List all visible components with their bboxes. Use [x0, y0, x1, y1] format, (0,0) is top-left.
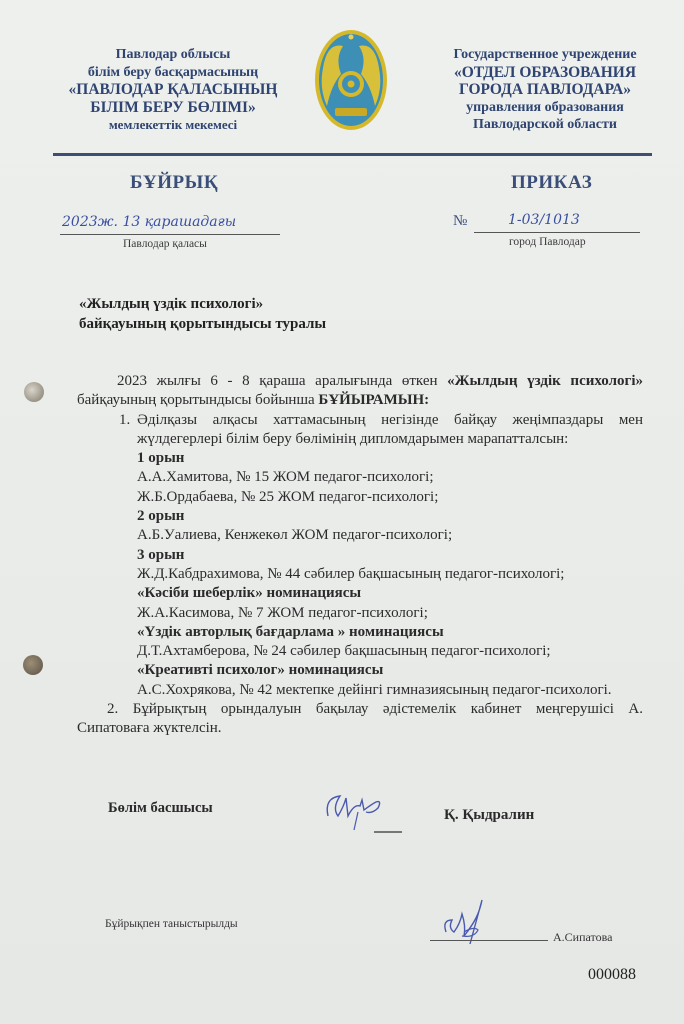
award-heading: 3 орын [137, 546, 643, 565]
winner: А.С.Хохрякова, № 42 мектепке дейінгі гим… [137, 681, 643, 700]
award-group: 2 орын А.Б.Уалиева, Кенжекөл ЖОМ педагог… [137, 507, 643, 546]
award-heading: «Креативті психолог» номинациясы [137, 661, 643, 680]
header-left-line: «ПАВЛОДАР ҚАЛАСЫНЫҢ [58, 81, 288, 99]
acknowledgement-label: Бұйрықпен таныстырылды [105, 918, 238, 930]
acknowledgement-name: А.Сипатова [553, 930, 612, 945]
order-body: 2023 жылғы 6 - 8 қараша аралығында өткен… [77, 372, 643, 739]
item-number: 1. [119, 411, 130, 430]
award-group: «Кәсіби шеберлік» номинациясы Ж.А.Касимо… [137, 584, 643, 623]
header-divider [53, 153, 652, 156]
date-underline [60, 234, 280, 235]
subject-line: «Жылдың үздік психологі» [79, 294, 326, 314]
header-left-kazakh: Павлодар облысы білім беру басқармасының… [58, 46, 288, 134]
award-group: 1 орын А.А.Хамитова, № 15 ЖОМ педагог-пс… [137, 449, 643, 507]
award-heading: «Кәсіби шеберлік» номинациясы [137, 584, 643, 603]
acknowledgement-underline [430, 940, 548, 941]
signatory-title: Бөлім басшысы [108, 800, 213, 817]
order-number-label: № [453, 213, 467, 230]
award-heading: 1 орын [137, 449, 643, 468]
contest-name: «Жылдың үздік психологі» [447, 373, 643, 389]
intro-paragraph: 2023 жылғы 6 - 8 қараша аралығында өткен… [77, 372, 643, 411]
order-item-2: 2. Бұйрықтың орындалуын бақылау әдістеме… [77, 700, 643, 739]
city-kazakh: Павлодар қаласы [123, 238, 207, 250]
award-heading: 2 орын [137, 507, 643, 526]
order-number-handwritten: 1-03/1013 [508, 212, 580, 228]
header-right-line: ГОРОДА ПАВЛОДАРА» [440, 81, 650, 99]
header-right-line: Государственное учреждение [440, 46, 650, 64]
award-heading: «Үздік авторлық бағдарлама » номинациясы [137, 623, 643, 642]
item-1-text: Әділқазы алқасы хаттамасының негізінде б… [137, 411, 643, 450]
city-russian: город Павлодар [509, 236, 586, 248]
header-left-line: білім беру басқармасының [58, 64, 288, 82]
award-group: «Креативті психолог» номинациясы А.С.Хох… [137, 661, 643, 700]
header-left-line: Павлодар облысы [58, 46, 288, 64]
order-item-1: 1. Әділқазы алқасы хаттамасының негізінд… [77, 411, 643, 700]
order-subject: «Жылдың үздік психологі» байқауының қоры… [79, 294, 326, 334]
header-right-line: Павлодарской области [440, 116, 650, 134]
header-right-russian: Государственное учреждение «ОТДЕЛ ОБРАЗО… [440, 46, 650, 134]
header-right-line: «ОТДЕЛ ОБРАЗОВАНИЯ [440, 64, 650, 82]
award-group: 3 орын Ж.Д.Кабдрахимова, № 44 сәбилер ба… [137, 546, 643, 585]
order-title-kazakh: БҰЙРЫҚ [130, 172, 218, 194]
signature-icon [320, 786, 410, 836]
header-left-line: мемлекеттік мекемесі [58, 116, 288, 134]
state-emblem-icon [313, 28, 389, 132]
intro-text: 2023 жылғы 6 - 8 қараша аралығында өткен [117, 373, 447, 389]
winner: Ж.Б.Ордабаева, № 25 ЖОМ педагог-психолог… [137, 488, 643, 507]
order-title-russian: ПРИКАЗ [511, 172, 592, 194]
header-right-line: управления образования [440, 99, 650, 117]
document-page: Павлодар облысы білім беру басқармасының… [0, 0, 684, 1024]
winner: А.А.Хамитова, № 15 ЖОМ педагог-психологі… [137, 468, 643, 487]
order-date-handwritten: 2023ж. 13 қарашадағы [62, 214, 236, 230]
punch-hole [24, 382, 44, 402]
winner: А.Б.Уалиева, Кенжекөл ЖОМ педагог-психол… [137, 526, 643, 545]
number-underline [474, 232, 640, 233]
order-verb: БҰЙЫРАМЫН: [318, 392, 429, 408]
punch-hole [23, 655, 43, 675]
award-group: «Үздік авторлық бағдарлама » номинациясы… [137, 623, 643, 662]
signatory-name: Қ. Қыдралин [444, 807, 534, 824]
intro-text: байқауының қорытындысы бойынша [77, 392, 318, 408]
document-number: 000088 [588, 966, 636, 984]
winner: Ж.А.Касимова, № 7 ЖОМ педагог-психологі; [137, 604, 643, 623]
winner: Ж.Д.Кабдрахимова, № 44 сәбилер бақшасыны… [137, 565, 643, 584]
subject-line: байқауының қорытындысы туралы [79, 314, 326, 334]
header-left-line: БІЛІМ БЕРУ БӨЛІМІ» [58, 99, 288, 117]
winner: Д.Т.Ахтамберова, № 24 сәбилер бақшасының… [137, 642, 643, 661]
